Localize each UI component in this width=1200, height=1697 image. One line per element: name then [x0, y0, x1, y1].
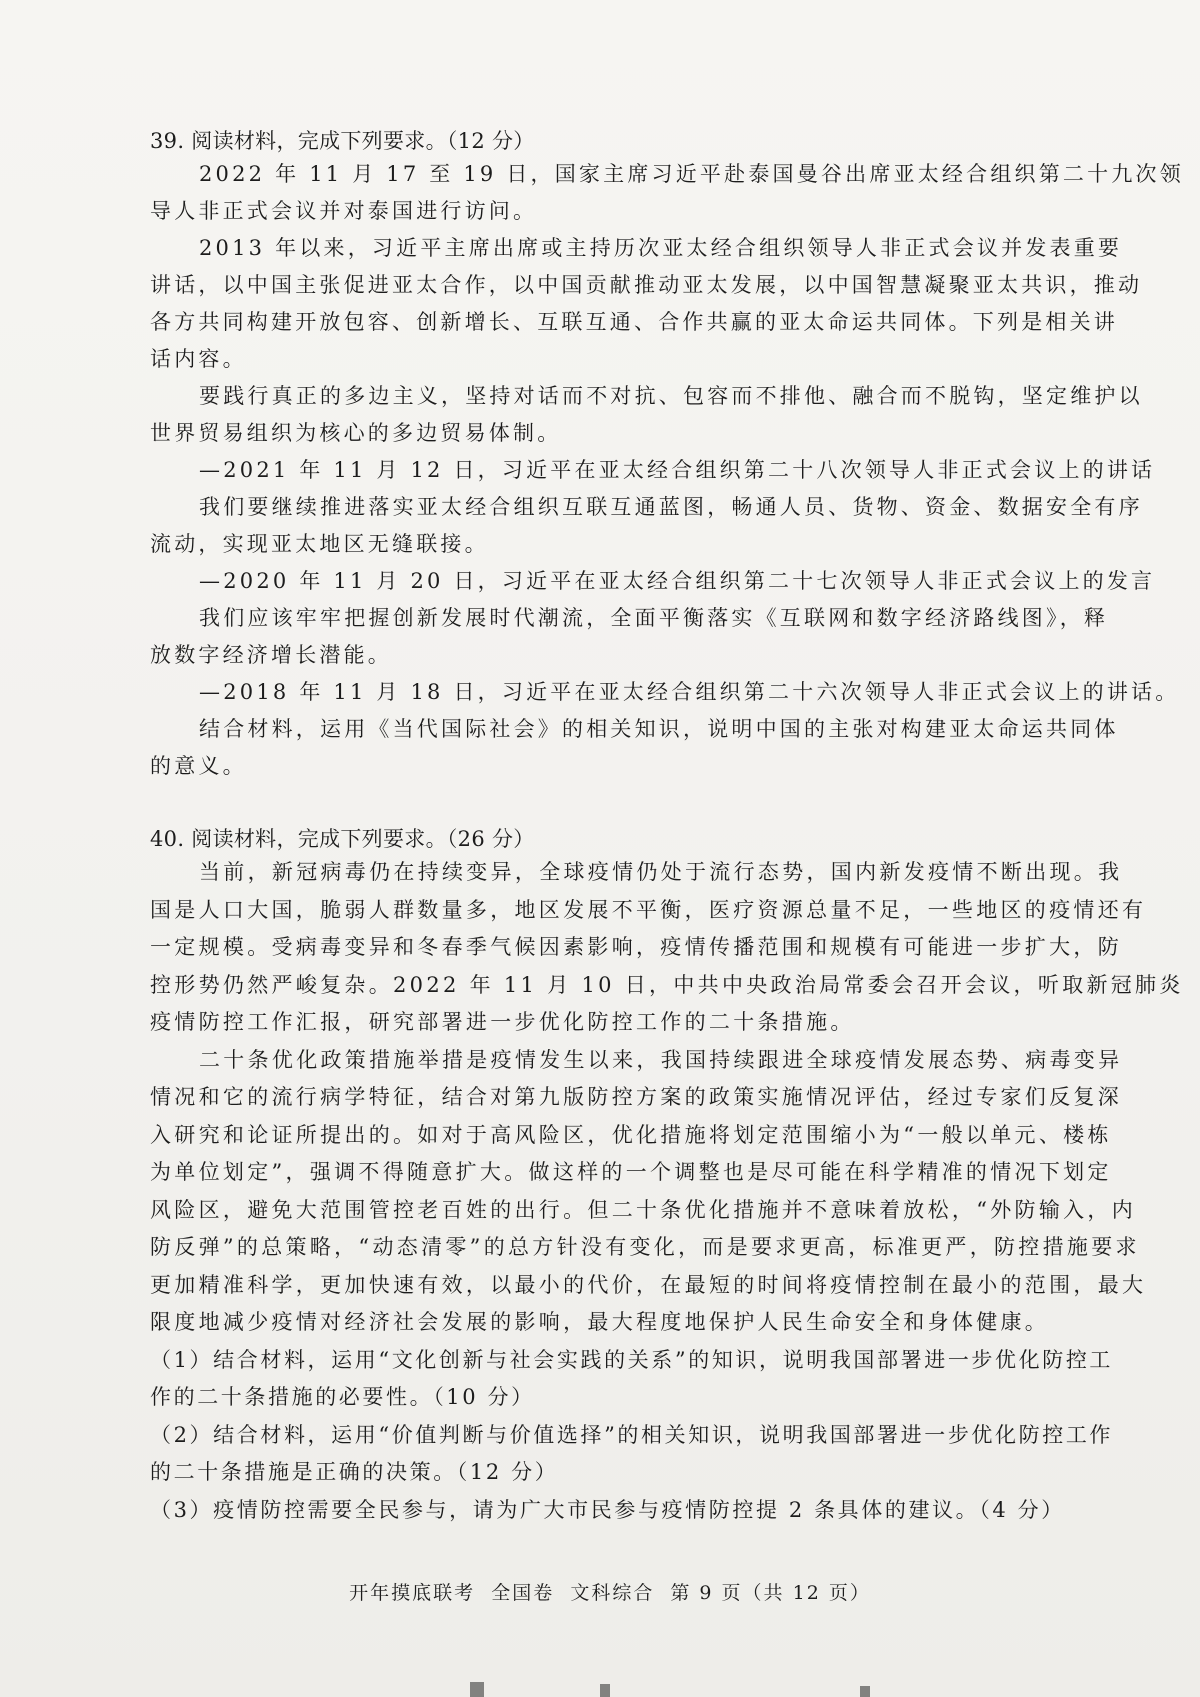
scan-artifact	[860, 1686, 870, 1697]
material-paragraph-line: 防反弹”的总策略，“动态清零”的总方针没有变化，而是要求更高，标准更严，防控措施…	[150, 1229, 1100, 1267]
material-paragraph-line: 为单位划定”，强调不得随意扩大。做这样的一个调整也是尽可能在科学精准的情况下划定	[150, 1154, 1100, 1192]
speech-quote-line: 要践行真正的多边主义，坚持对话而不对抗、包容而不排他、融合而不脱钩，坚定维护以	[150, 378, 1100, 415]
question-40: 40. 阅读材料，完成下列要求。（26 分） 当前，新冠病毒仍在持续变异，全球疫…	[150, 824, 1100, 1529]
material-paragraph-line: 国是人口大国，脆弱人群数量多，地区发展不平衡，医疗资源总量不足，一些地区的疫情还…	[150, 892, 1100, 930]
question-39-title: 39. 阅读材料，完成下列要求。（12 分）	[150, 126, 1100, 156]
speech-quote-line: 流动，实现亚太地区无缝联接。	[150, 526, 1100, 563]
exam-page: 39. 阅读材料，完成下列要求。（12 分） 2022 年 11 月 17 至 …	[0, 0, 1200, 1697]
question-39: 39. 阅读材料，完成下列要求。（12 分） 2022 年 11 月 17 至 …	[150, 126, 1100, 785]
material-paragraph-line: 更加精准科学，更加快速有效，以最小的代价，在最短的时间将疫情控制在最小的范围，最…	[150, 1267, 1100, 1305]
material-paragraph-line: 限度地减少疫情对经济社会发展的影响，最大程度地保护人民生命安全和身体健康。	[150, 1304, 1100, 1342]
sub-question-1: （1）结合材料，运用“文化创新与社会实践的关系”的知识，说明我国部署进一步优化防…	[150, 1342, 1100, 1380]
material-paragraph-line: 一定规模。受病毒变异和冬春季气候因素影响，疫情传播范围和规模有可能进一步扩大，防	[150, 929, 1100, 967]
material-paragraph-line: 控形势仍然严峻复杂。2022 年 11 月 10 日，中共中央政治局常委会召开会…	[150, 967, 1100, 1005]
material-paragraph-line: 入研究和论证所提出的。如对于高风险区，优化措施将划定范围缩小为“一般以单元、楼栋	[150, 1117, 1100, 1155]
material-paragraph-line: 讲话，以中国主张促进亚太合作，以中国贡献推动亚太发展，以中国智慧凝聚亚太共识，推…	[150, 267, 1100, 304]
scan-artifact	[470, 1682, 484, 1697]
page-footer: 开年摸底联考 全国卷 文科综合 第 9 页（共 12 页）	[0, 1578, 1200, 1605]
sub-question-2: （2）结合材料，运用“价值判断与价值选择”的相关知识，说明我国部署进一步优化防控…	[150, 1417, 1100, 1455]
speech-quote-line: 世界贸易组织为核心的多边贸易体制。	[150, 415, 1100, 452]
material-paragraph-line: 情况和它的流行病学特征，结合对第九版防控方案的政策实施情况评估，经过专家们反复深	[150, 1079, 1100, 1117]
material-paragraph-line: 话内容。	[150, 341, 1100, 378]
question-prompt-line: 结合材料，运用《当代国际社会》的相关知识，说明中国的主张对构建亚太命运共同体	[150, 711, 1100, 748]
sub-questions: （1）结合材料，运用“文化创新与社会实践的关系”的知识，说明我国部署进一步优化防…	[150, 1342, 1100, 1530]
sub-question-3: （3）疫情防控需要全民参与，请为广大市民参与疫情防控提 2 条具体的建议。（4 …	[150, 1492, 1100, 1530]
speech-quote-line: 我们应该牢牢把握创新发展时代潮流，全面平衡落实《互联网和数字经济路线图》，释	[150, 600, 1100, 637]
sub-question-1-cont: 作的二十条措施的必要性。（10 分）	[150, 1379, 1100, 1417]
speech-quote-line: 我们要继续推进落实亚太经合组织互联互通蓝图，畅通人员、货物、资金、数据安全有序	[150, 489, 1100, 526]
material-paragraph-line: 当前，新冠病毒仍在持续变异，全球疫情仍处于流行态势，国内新发疫情不断出现。我	[150, 854, 1100, 892]
material-paragraph-line: 各方共同构建开放包容、创新增长、互联互通、合作共赢的亚太命运共同体。下列是相关讲	[150, 304, 1100, 341]
material-paragraph-line: 风险区，避免大范围管控老百姓的出行。但二十条优化措施并不意味着放松，“外防输入，…	[150, 1192, 1100, 1230]
speech-quote-line: 放数字经济增长潜能。	[150, 637, 1100, 674]
question-40-title: 40. 阅读材料，完成下列要求。（26 分）	[150, 824, 1100, 854]
material-paragraph-line: 2013 年以来，习近平主席出席或主持历次亚太经合组织领导人非正式会议并发表重要	[150, 230, 1100, 267]
material-paragraph-line: 2022 年 11 月 17 至 19 日，国家主席习近平赴泰国曼谷出席亚太经合…	[150, 156, 1100, 193]
material-paragraph-line: 导人非正式会议并对泰国进行访问。	[150, 193, 1100, 230]
speech-attribution: —2021 年 11 月 12 日，习近平在亚太经合组织第二十八次领导人非正式会…	[150, 452, 1100, 489]
speech-attribution: —2020 年 11 月 20 日，习近平在亚太经合组织第二十七次领导人非正式会…	[150, 563, 1100, 600]
question-prompt-line: 的意义。	[150, 748, 1100, 785]
material-paragraph-line: 二十条优化政策措施举措是疫情发生以来，我国持续跟进全球疫情发展态势、病毒变异	[150, 1042, 1100, 1080]
material-paragraph-line: 疫情防控工作汇报，研究部署进一步优化防控工作的二十条措施。	[150, 1004, 1100, 1042]
speech-attribution: —2018 年 11 月 18 日，习近平在亚太经合组织第二十六次领导人非正式会…	[150, 674, 1100, 711]
scan-artifact	[600, 1684, 610, 1697]
sub-question-2-cont: 的二十条措施是正确的决策。（12 分）	[150, 1454, 1100, 1492]
